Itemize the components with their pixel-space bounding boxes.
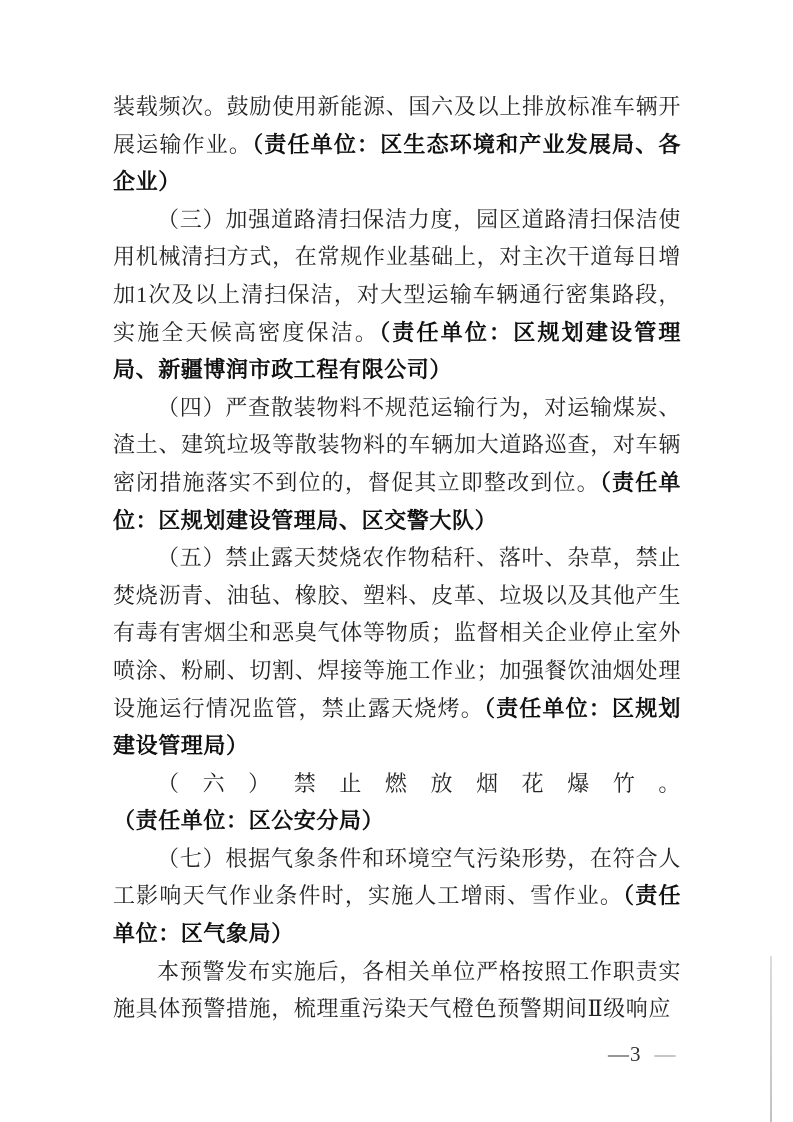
paragraph-text: （五）禁止露天焚烧农作物秸秆、落叶、杂草，禁止焚烧沥青、油毡、橡胶、塑料、皮革、… xyxy=(113,545,681,720)
footer-trailing-dash: — xyxy=(655,1042,677,1066)
document-page: 装载频次。鼓励使用新能源、国六及以上排放标准车辆开展运输作业。（责任单位：区生态… xyxy=(0,0,793,1122)
page-number: —3 xyxy=(608,1042,642,1066)
document-body: 装载频次。鼓励使用新能源、国六及以上排放标准车辆开展运输作业。（责任单位：区生态… xyxy=(113,88,681,1028)
responsibility-unit-text: （责任单位：区公安分局） xyxy=(113,808,384,833)
paragraph-closing: 本预警发布实施后，各相关单位严格按照工作职责实施具体预警措施，梳理重污染天气橙色… xyxy=(113,953,681,1028)
paragraph-text: （六）禁止燃放烟花爆竹。 xyxy=(157,771,681,796)
page-footer: —3— xyxy=(608,1042,677,1067)
paragraph-text: （四）严查散装物料不规范运输行为，对运输煤炭、渣土、建筑垃圾等散装物料的车辆加大… xyxy=(113,395,681,495)
paragraph-item-7: （七）根据气象条件和环境空气污染形势，在符合人工影响天气作业条件时，实施人工增雨… xyxy=(113,840,681,953)
paragraph-item-5: （五）禁止露天焚烧农作物秸秆、落叶、杂草，禁止焚烧沥青、油毡、橡胶、塑料、皮革、… xyxy=(113,539,681,765)
scan-edge-artifact xyxy=(770,956,772,1122)
paragraph-item-4: （四）严查散装物料不规范运输行为，对运输煤炭、渣土、建筑垃圾等散装物料的车辆加大… xyxy=(113,389,681,539)
paragraph-item-6: （六）禁止燃放烟花爆竹。（责任单位：区公安分局） xyxy=(113,765,681,840)
paragraph-continuation: 装载频次。鼓励使用新能源、国六及以上排放标准车辆开展运输作业。（责任单位：区生态… xyxy=(113,88,681,201)
paragraph-text: 本预警发布实施后，各相关单位严格按照工作职责实施具体预警措施，梳理重污染天气橙色… xyxy=(113,959,681,1022)
paragraph-text: （七）根据气象条件和环境空气污染形势，在符合人工影响天气作业条件时，实施人工增雨… xyxy=(113,846,681,909)
paragraph-item-3: （三）加强道路清扫保洁力度，园区道路清扫保洁使用机械清扫方式，在常规作业基础上，… xyxy=(113,201,681,389)
